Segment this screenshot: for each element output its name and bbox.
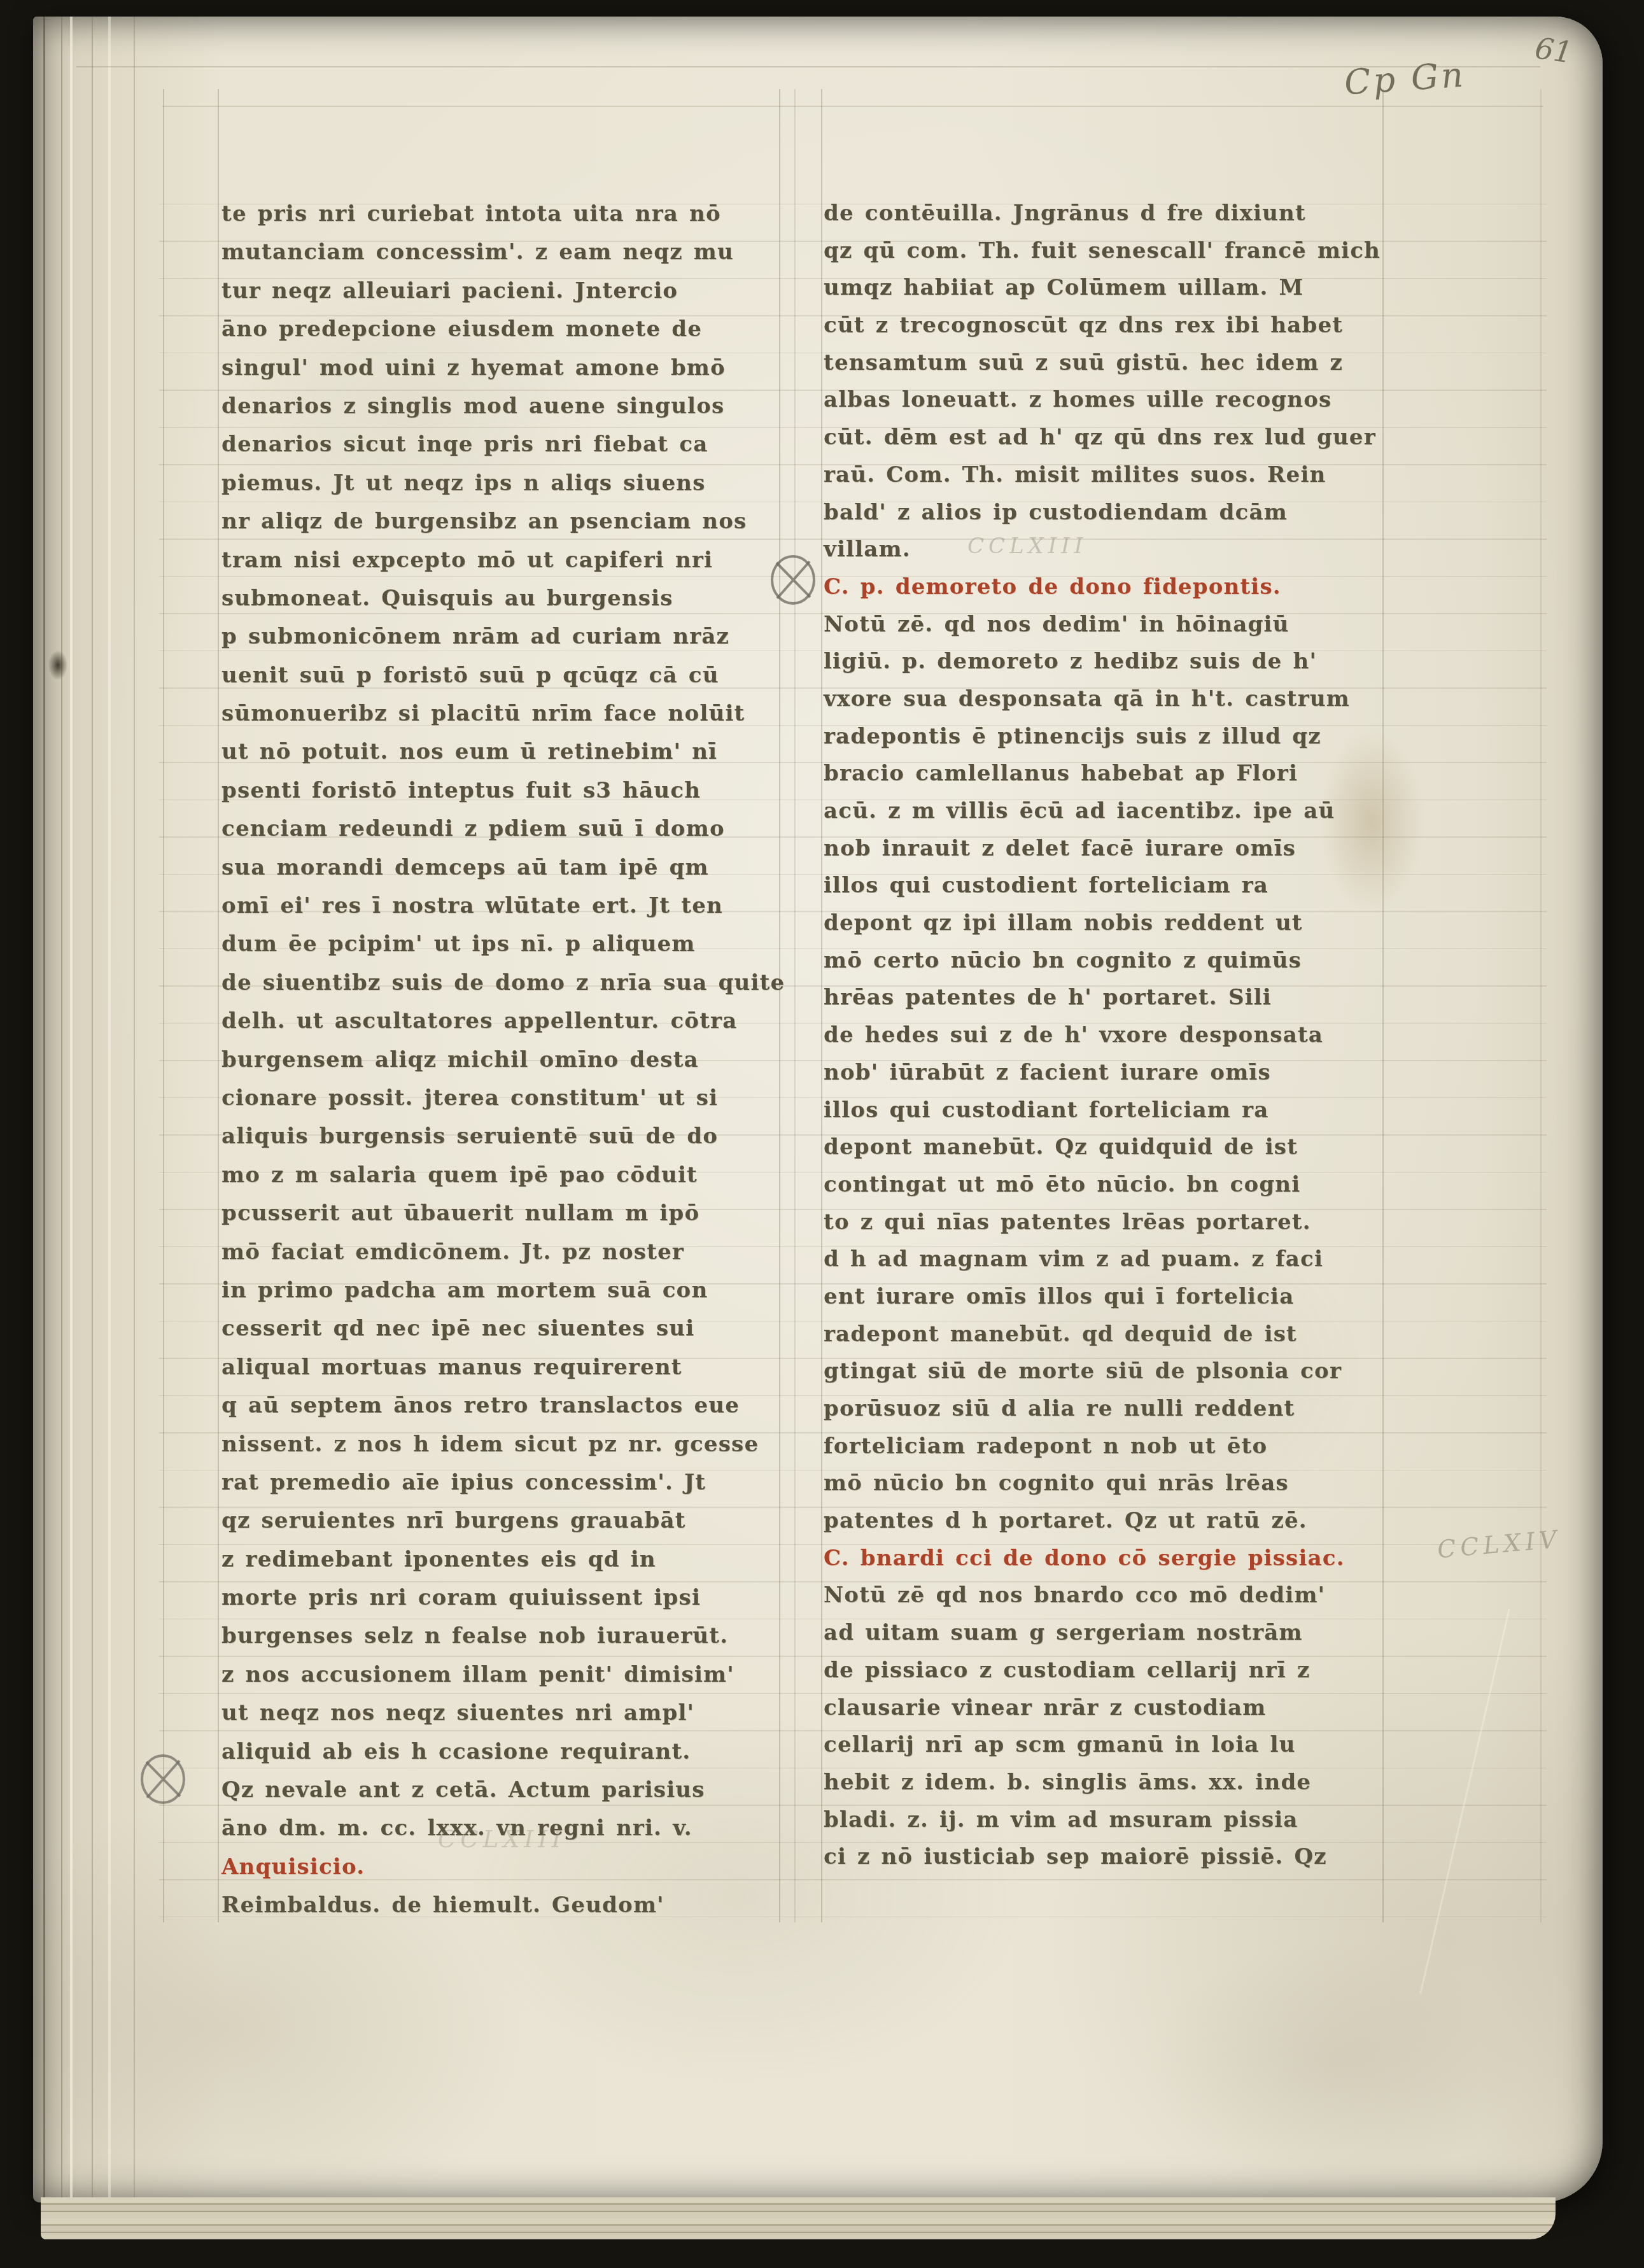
line-text: ent iurare omīs illos qui ī fortelicia	[824, 1284, 1294, 1309]
manuscript-text-line: qz seruientes nrī burgens grauabāt	[221, 1502, 791, 1540]
line-text: tur neqz alleuiari pacieni. Jntercio	[221, 278, 678, 304]
line-text: dum ēe pcipim' ut ips nī. p aliquem	[221, 931, 696, 957]
manuscript-text-line: in primo padcha am mortem suā con	[221, 1271, 791, 1309]
manuscript-text-line: nob' iūrabūt z facient iurare omīs	[824, 1054, 1393, 1092]
line-text: nob inrauit z delet facē iurare omīs	[824, 836, 1296, 861]
line-text: submoneat. Quisquis au burgensis	[221, 586, 673, 611]
manuscript-text-line: cellarij nrī ap scm gmanū in loia lu	[824, 1726, 1393, 1764]
manuscript-text-line: denarios z singlis mod auene singulos	[221, 387, 791, 425]
manuscript-text-line: ligiū. p. demoreto z hedibz suis de h'	[824, 643, 1393, 680]
line-text: albas loneuatt. z homes uille recognos	[824, 387, 1331, 412]
vertical-ruling	[163, 89, 164, 1922]
line-text: C. bnardi cci de dono cō sergie pissiac.	[824, 1546, 1345, 1571]
line-text: burgensem aliqz michil omīno desta	[221, 1047, 699, 1073]
manuscript-text-line: C. p. demoreto de dono fidepontis.	[824, 568, 1393, 606]
manuscript-text-line: mō nūcio bn cognito qui nrās lrēas	[824, 1465, 1393, 1502]
manuscript-text-line: cūt z trecognoscūt qz dns rex ibi habet	[824, 307, 1393, 344]
manuscript-text-line: rat premedio aīe ipius concessim'. Jt	[221, 1463, 791, 1502]
line-text: mō faciat emdicōnem. Jt. pz noster	[221, 1239, 684, 1265]
manuscript-text-line: patentes d h portaret. Qz ut ratū zē.	[824, 1502, 1393, 1540]
margin-numeral: CCLXIII	[967, 533, 1087, 559]
line-text: Notū zē. qd nos dedim' in hōinagiū	[824, 612, 1289, 637]
line-text: nob' iūrabūt z facient iurare omīs	[824, 1060, 1271, 1085]
line-text: āno predepcione eiusdem monete de	[221, 316, 702, 342]
line-text: tensamtum suū z suū gistū. hec idem z	[824, 350, 1343, 376]
line-text: z redimebant iponentes eis qd in	[221, 1547, 656, 1572]
manuscript-text-line: de pissiaco z custodiam cellarij nrī z	[824, 1652, 1393, 1689]
manuscript-text-line: z redimebant iponentes eis qd in	[221, 1540, 791, 1579]
line-text: mō certo nūcio bn cognito z quimūs	[824, 948, 1302, 973]
line-text: cionare possit. jterea constitum' ut si	[221, 1085, 718, 1111]
line-text: de pissiaco z custodiam cellarij nrī z	[824, 1658, 1310, 1683]
line-text: radepontis ē ptinencijs suis z illud qz	[824, 724, 1321, 749]
manuscript-text-line: de siuentibz suis de domo z nrīa sua qui…	[221, 964, 791, 1002]
line-text: tram nisi expcepto mō ut capiferi nri	[221, 547, 713, 573]
vertical-ruling	[794, 89, 796, 1922]
line-text: omī ei' res ī nostra wlūtate ert. Jt ten	[221, 893, 723, 919]
line-text: ut neqz nos neqz siuentes nri ampl'	[221, 1700, 694, 1726]
line-text: mutanciam concessim'. z eam neqz mu	[221, 239, 734, 265]
line-text: cenciam redeundi z pdiem suū ī domo	[221, 816, 725, 842]
line-text: porūsuoz siū d alia re nulli reddent	[824, 1396, 1295, 1421]
manuscript-text-line: z nos accusionem illam penit' dimisim'	[221, 1656, 791, 1694]
manuscript-text-line: hebit z idem. b. singlis āms. xx. inde	[824, 1764, 1393, 1801]
manuscript-text-line: tram nisi expcepto mō ut capiferi nri	[221, 541, 791, 579]
manuscript-photo: Cp Gn 61 te pris nri curiebat intota uit…	[0, 0, 1644, 2268]
manuscript-text-line: acū. z m villis ēcū ad iacentibz. ipe aū	[824, 792, 1393, 830]
vertical-ruling	[821, 89, 822, 1922]
line-text: aliquid ab eis h ccasione requirant.	[221, 1739, 691, 1764]
manuscript-text-line: hrēas patentes de h' portaret. Sili	[824, 979, 1393, 1017]
manuscript-text-line: denarios sicut inqe pris nri fiebat ca	[221, 425, 791, 463]
manuscript-text-line: qz qū com. Th. fuit senescall' francē mi…	[824, 232, 1393, 270]
line-text: depont manebūt. Qz quidquid de ist	[824, 1134, 1298, 1160]
manuscript-text-line: Notū zē qd nos bnardo cco mō dedim'	[824, 1577, 1393, 1614]
line-text: qz qū com. Th. fuit senescall' francē mi…	[824, 238, 1381, 264]
manuscript-text-line: contingat ut mō ēto nūcio. bn cogni	[824, 1166, 1393, 1204]
line-text: aliqual mortuas manus requirerent	[221, 1355, 682, 1380]
manuscript-text-line: mo z m salaria quem ipē pao cōduit	[221, 1156, 791, 1194]
line-text: uenit suū p foristō suū p qcūqz cā cū	[221, 663, 719, 688]
line-text: villam.	[824, 537, 911, 562]
manuscript-text-line: de contēuilla. Jngrānus d fre dixiunt	[824, 195, 1393, 232]
folio-number: 61	[1533, 31, 1575, 70]
line-text: pcusserit aut ūbauerit nullam m ipō	[221, 1201, 699, 1226]
line-text: raū. Com. Th. misit milites suos. Rein	[824, 462, 1326, 488]
manuscript-text-line: bald' z alios ip custodiendam dcām	[824, 494, 1393, 532]
line-text: cūt z trecognoscūt qz dns rex ibi habet	[824, 313, 1343, 338]
line-text: clausarie vinear nrār z custodiam	[824, 1695, 1266, 1721]
manuscript-text-line: to z qui nīas patentes lrēas portaret.	[824, 1204, 1393, 1241]
line-text: mō nūcio bn cognito qui nrās lrēas	[824, 1470, 1289, 1496]
manuscript-text-line: d h ad magnam vim z ad puam. z faci	[824, 1241, 1393, 1278]
manuscript-text-line: delh. ut ascultatores appellentur. cōtra	[221, 1002, 791, 1040]
line-text: ad uitam suam g sergeriam nostrām	[824, 1620, 1303, 1645]
manuscript-text-line: piemus. Jt ut neqz ips n aliqs siuens	[221, 464, 791, 502]
line-text: illos qui custodiant forteliciam ra	[824, 1097, 1268, 1123]
parchment-stain	[1146, 1941, 1528, 2183]
line-text: Qz nevale ant z cetā. Actum parisius	[221, 1777, 705, 1803]
circled-cross-mark-icon	[137, 1752, 188, 1809]
manuscript-text-line: Reimbaldus. de hiemult. Geudom'	[221, 1886, 791, 1924]
manuscript-text-line: ent iurare omīs illos qui ī fortelicia	[824, 1278, 1393, 1316]
manuscript-text-line: bracio camlellanus habebat ap Flori	[824, 755, 1393, 792]
manuscript-text-line: vxore sua desponsata qā in h't. castrum	[824, 680, 1393, 718]
ruling-line-top	[162, 106, 1543, 107]
manuscript-text-line: illos qui custodiant forteliciam ra	[824, 1092, 1393, 1129]
line-text: patentes d h portaret. Qz ut ratū zē.	[824, 1508, 1307, 1533]
manuscript-text-line: raū. Com. Th. misit milites suos. Rein	[824, 456, 1393, 494]
manuscript-text-line: C. bnardi cci de dono cō sergie pissiac.	[824, 1540, 1393, 1577]
line-text: bracio camlellanus habebat ap Flori	[824, 761, 1298, 786]
ink-blemish	[48, 651, 67, 680]
manuscript-text-line: pcusserit aut ūbauerit nullam m ipō	[221, 1194, 791, 1232]
manuscript-text-line: mutanciam concessim'. z eam neqz mu	[221, 233, 791, 271]
manuscript-text-line: tur neqz alleuiari pacieni. Jntercio	[221, 272, 791, 310]
manuscript-text-line: porūsuoz siū d alia re nulli reddent	[824, 1390, 1393, 1428]
line-text: q aū septem ānos retro translactos eue	[221, 1393, 740, 1418]
manuscript-text-line: villam.	[824, 531, 1393, 568]
manuscript-text-line: aliqual mortuas manus requirerent	[221, 1348, 791, 1386]
line-text: nr aliqz de burgensibz an psenciam nos	[221, 509, 747, 534]
line-text: de siuentibz suis de domo z nrīa sua qui…	[221, 970, 785, 996]
manuscript-text-line: dum ēe pcipim' ut ips nī. p aliquem	[221, 925, 791, 963]
line-text: d h ad magnam vim z ad puam. z faci	[824, 1246, 1323, 1272]
manuscript-text-line: clausarie vinear nrār z custodiam	[824, 1689, 1393, 1727]
line-text: mo z m salaria quem ipē pao cōduit	[221, 1162, 698, 1188]
manuscript-text-line: albas loneuatt. z homes uille recognos	[824, 381, 1393, 419]
book-gutter-page-edges	[33, 17, 160, 2202]
manuscript-text-line: radepont manebūt. qd dequid de ist	[824, 1316, 1393, 1353]
ruling-line-top	[76, 66, 1540, 67]
manuscript-text-line: ut neqz nos neqz siuentes nri ampl'	[221, 1694, 791, 1732]
line-text: piemus. Jt ut neqz ips n aliqs siuens	[221, 470, 706, 496]
line-text: Reimbaldus. de hiemult. Geudom'	[221, 1892, 664, 1918]
text-column-left: te pris nri curiebat intota uita nra nōm…	[221, 195, 791, 1925]
line-text: sūmonueribz si placitū nrīm face nolūit	[221, 701, 745, 726]
manuscript-text-line: cesserit qd nec ipē nec siuentes sui	[221, 1309, 791, 1348]
manuscript-text-line: q aū septem ānos retro translactos eue	[221, 1386, 791, 1425]
manuscript-text-line: gtingat siū de morte siū de plsonia cor	[824, 1353, 1393, 1390]
manuscript-text-line: cionare possit. jterea constitum' ut si	[221, 1079, 791, 1117]
manuscript-text-line: nob inrauit z delet facē iurare omīs	[824, 830, 1393, 868]
manuscript-text-line: de hedes sui z de h' vxore desponsata	[824, 1017, 1393, 1054]
margin-numeral: CCLXIII	[438, 1826, 565, 1853]
line-text: ci z nō iusticiab sep maiorē pissiē. Qz	[824, 1844, 1327, 1870]
manuscript-text-line: burgensem aliqz michil omīno desta	[221, 1041, 791, 1079]
line-text: cellarij nrī ap scm gmanū in loia lu	[824, 1732, 1296, 1757]
circled-cross-mark-icon	[768, 553, 818, 610]
manuscript-text-line: sua morandi demceps aū tam ipē qm	[221, 849, 791, 887]
manuscript-text-line: cenciam redeundi z pdiem suū ī domo	[221, 810, 791, 848]
line-text: qz seruientes nrī burgens grauabāt	[221, 1508, 686, 1533]
manuscript-text-line: mō certo nūcio bn cognito z quimūs	[824, 942, 1393, 980]
line-text: illos qui custodient forteliciam ra	[824, 873, 1268, 898]
manuscript-text-line: ci z nō iusticiab sep maiorē pissiē. Qz	[824, 1838, 1393, 1876]
line-text: acū. z m villis ēcū ad iacentibz. ipe aū	[824, 798, 1335, 824]
manuscript-text-line: uenit suū p foristō suū p qcūqz cā cū	[221, 656, 791, 694]
manuscript-text-line: tensamtum suū z suū gistū. hec idem z	[824, 344, 1393, 382]
manuscript-text-line: forteliciam radepont n nob ut ēto	[824, 1428, 1393, 1465]
line-text: ligiū. p. demoreto z hedibz suis de h'	[824, 649, 1317, 674]
line-text: bladi. z. ij. m vim ad msuram pissia	[824, 1807, 1298, 1833]
line-text: denarios z singlis mod auene singulos	[221, 393, 724, 419]
manuscript-text-line: depont manebūt. Qz quidquid de ist	[824, 1129, 1393, 1166]
manuscript-text-line: illos qui custodient forteliciam ra	[824, 867, 1393, 905]
line-text: ut nō potuit. nos eum ū retinebim' nī	[221, 739, 717, 764]
line-text: to z qui nīas patentes lrēas portaret.	[824, 1209, 1311, 1235]
manuscript-text-line: umqz habiiat ap Colūmem uillam. M	[824, 269, 1393, 307]
line-text: denarios sicut inqe pris nri fiebat ca	[221, 432, 708, 457]
line-text: umqz habiiat ap Colūmem uillam. M	[824, 275, 1303, 300]
manuscript-text-line: nr aliqz de burgensibz an psenciam nos	[221, 502, 791, 540]
line-text: nissent. z nos h idem sicut pz nr. gcess…	[221, 1432, 759, 1457]
line-text: Anquisicio.	[221, 1854, 365, 1880]
line-text: te pris nri curiebat intota uita nra nō	[221, 201, 721, 227]
manuscript-text-line: nissent. z nos h idem sicut pz nr. gcess…	[221, 1425, 791, 1463]
line-text: sua morandi demceps aū tam ipē qm	[221, 855, 709, 880]
line-text: depont qz ipi illam nobis reddent ut	[824, 910, 1303, 936]
line-text: de hedes sui z de h' vxore desponsata	[824, 1022, 1323, 1048]
manuscript-text-line: ut nō potuit. nos eum ū retinebim' nī	[221, 733, 791, 771]
line-text: de contēuilla. Jngrānus d fre dixiunt	[824, 201, 1306, 226]
line-text: z nos accusionem illam penit' dimisim'	[221, 1662, 734, 1687]
line-text: vxore sua desponsata qā in h't. castrum	[824, 686, 1350, 712]
vertical-ruling	[1540, 89, 1542, 1922]
line-text: cūt. dēm est ad h' qz qū dns rex lud gue…	[824, 425, 1376, 450]
manuscript-text-line: bladi. z. ij. m vim ad msuram pissia	[824, 1801, 1393, 1839]
manuscript-text-line: mō faciat emdicōnem. Jt. pz noster	[221, 1233, 791, 1271]
line-text: forteliciam radepont n nob ut ēto	[824, 1433, 1267, 1459]
line-text: contingat ut mō ēto nūcio. bn cogni	[824, 1172, 1300, 1197]
line-text: Notū zē qd nos bnardo cco mō dedim'	[824, 1582, 1325, 1608]
line-text: gtingat siū de morte siū de plsonia cor	[824, 1358, 1342, 1384]
line-text: radepont manebūt. qd dequid de ist	[824, 1321, 1297, 1347]
manuscript-text-line: radepontis ē ptinencijs suis z illud qz	[824, 718, 1393, 756]
line-text: bald' z alios ip custodiendam dcām	[824, 500, 1288, 525]
manuscript-text-line: te pris nri curiebat intota uita nra nō	[221, 195, 791, 233]
manuscript-text-line: singul' mod uini z hyemat amone bmō	[221, 349, 791, 387]
line-text: morte pris nri coram quiuissent ipsi	[221, 1585, 701, 1610]
line-text: C. p. demoreto de dono fidepontis.	[824, 574, 1281, 600]
corner-annotation: Cp Gn	[1343, 54, 1467, 102]
manuscript-text-line: p submonicōnem nrām ad curiam nrāz	[221, 617, 791, 656]
manuscript-text-line: Qz nevale ant z cetā. Actum parisius	[221, 1771, 791, 1809]
line-text: hebit z idem. b. singlis āms. xx. inde	[824, 1770, 1311, 1795]
manuscript-text-line: depont qz ipi illam nobis reddent ut	[824, 905, 1393, 942]
vertical-ruling	[218, 89, 219, 1922]
book-bottom-page-edges	[41, 2197, 1556, 2239]
line-text: hrēas patentes de h' portaret. Sili	[824, 985, 1272, 1010]
line-text: burgenses selz n fealse nob iurauerūt.	[221, 1623, 728, 1649]
manuscript-text-line: āno predepcione eiusdem monete de	[221, 310, 791, 348]
manuscript-text-line: Notū zē. qd nos dedim' in hōinagiū	[824, 606, 1393, 644]
manuscript-text-line: burgenses selz n fealse nob iurauerūt.	[221, 1617, 791, 1655]
line-text: delh. ut ascultatores appellentur. cōtra	[221, 1008, 737, 1034]
line-text: singul' mod uini z hyemat amone bmō	[221, 355, 726, 381]
line-text: rat premedio aīe ipius concessim'. Jt	[221, 1470, 706, 1495]
manuscript-text-line: morte pris nri coram quiuissent ipsi	[221, 1579, 791, 1617]
manuscript-text-line: aliquid ab eis h ccasione requirant.	[221, 1733, 791, 1771]
line-text: psenti foristō inteptus fuit s3 hāuch	[221, 778, 701, 803]
line-text: p submonicōnem nrām ad curiam nrāz	[221, 624, 729, 649]
line-text: cesserit qd nec ipē nec siuentes sui	[221, 1316, 694, 1341]
text-column-right: de contēuilla. Jngrānus d fre dixiuntqz …	[824, 195, 1393, 1876]
manuscript-text-line: psenti foristō inteptus fuit s3 hāuch	[221, 771, 791, 810]
manuscript-text-line: cūt. dēm est ad h' qz qū dns rex lud gue…	[824, 419, 1393, 456]
manuscript-text-line: submoneat. Quisquis au burgensis	[221, 579, 791, 617]
line-text: in primo padcha am mortem suā con	[221, 1278, 708, 1303]
manuscript-text-line: omī ei' res ī nostra wlūtate ert. Jt ten	[221, 887, 791, 925]
manuscript-text-line: aliquis burgensis seruientē suū de do	[221, 1117, 791, 1155]
manuscript-text-line: sūmonueribz si placitū nrīm face nolūit	[221, 694, 791, 733]
manuscript-text-line: Anquisicio.	[221, 1848, 791, 1886]
line-text: aliquis burgensis seruientē suū de do	[221, 1123, 718, 1149]
manuscript-text-line: ad uitam suam g sergeriam nostrām	[824, 1614, 1393, 1652]
